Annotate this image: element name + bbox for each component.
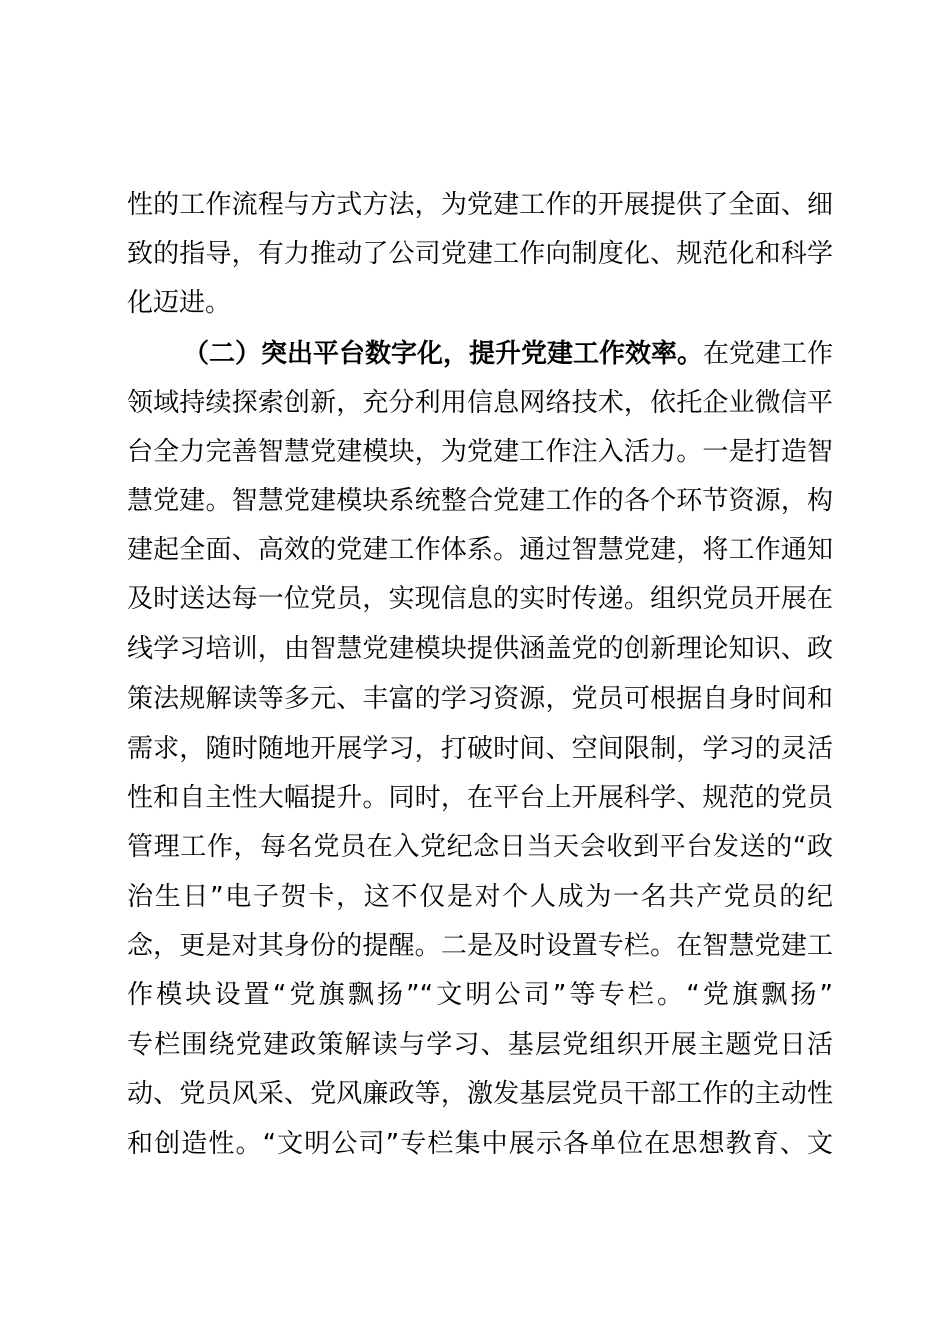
paragraph-line: 念，更是对其身份的提醒。二是及时设置专栏。在智慧党建工 <box>127 922 833 971</box>
paragraph-line: 和创造性。“文明公司”专栏集中展示各单位在思想教育、文 <box>127 1120 833 1169</box>
paragraph-line: 台全力完善智慧党建模块，为党建工作注入活力。一是打造智 <box>127 428 833 477</box>
paragraph-line: 专栏围绕党建政策解读与学习、基层党组织开展主题党日活 <box>127 1021 833 1070</box>
paragraph-line: 治生日”电子贺卡，这不仅是对个人成为一名共产党员的纪 <box>127 873 833 922</box>
paragraph-line: 及时送达每一位党员，实现信息的实时传递。组织党员开展在 <box>127 575 833 624</box>
paragraph-line: 策法规解读等多元、丰富的学习资源，党员可根据自身时间和 <box>127 675 833 724</box>
paragraph-line: 慧党建。智慧党建模块系统整合党建工作的各个环节资源，构 <box>127 477 833 526</box>
paragraph-line: 管理工作，每名党员在入党纪念日当天会收到平台发送的“政 <box>127 823 833 872</box>
paragraph-line: 需求，随时随地开展学习，打破时间、空间限制，学习的灵活 <box>127 725 833 774</box>
paragraph-line: 致的指导，有力推动了公司党建工作向制度化、规范化和科学 <box>127 230 833 279</box>
section-heading-line: （二）突出平台数字化，提升党建工作效率。在党建工作 <box>183 330 833 379</box>
paragraph-text: 在党建工作 <box>703 339 833 369</box>
paragraph-line: 化迈进。 <box>127 279 833 328</box>
paragraph-line: 动、党员风采、党风廉政等，激发基层党员干部工作的主动性 <box>127 1070 833 1119</box>
paragraph-line: 建起全面、高效的党建工作体系。通过智慧党建，将工作通知 <box>127 526 833 575</box>
paragraph-line: 作模块设置“党旗飘扬”“文明公司”等专栏。“党旗飘扬” <box>127 971 833 1020</box>
section-heading: （二）突出平台数字化，提升党建工作效率。 <box>183 339 703 369</box>
paragraph-line: 性的工作流程与方式方法，为党建工作的开展提供了全面、细 <box>127 181 833 230</box>
document-page: 性的工作流程与方式方法，为党建工作的开展提供了全面、细 致的指导，有力推动了公司… <box>0 0 950 1344</box>
paragraph-line: 线学习培训，由智慧党建模块提供涵盖党的创新理论知识、政 <box>127 625 833 674</box>
paragraph-line: 领域持续探索创新，充分利用信息网络技术，依托企业微信平 <box>127 379 833 428</box>
paragraph-line: 性和自主性大幅提升。同时，在平台上开展科学、规范的党员 <box>127 774 833 823</box>
